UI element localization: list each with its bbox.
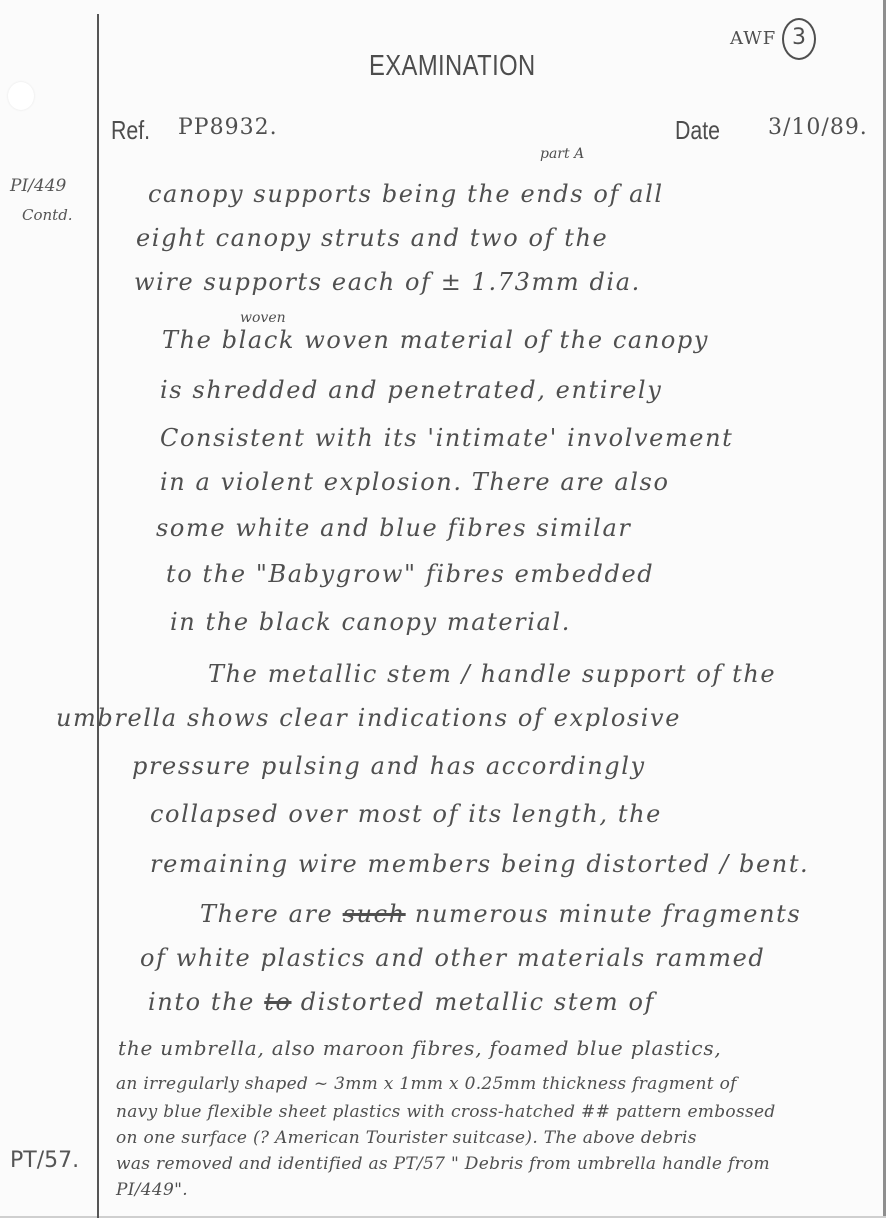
ref-label: Ref. — [111, 115, 150, 146]
body-line: some white and blue fibres similar — [156, 514, 631, 542]
body-line: is shredded and penetrated, entirely — [160, 376, 662, 404]
body-line: The metallic stem / handle support of th… — [208, 660, 776, 688]
body-line: wire supports each of ± 1.73mm dia. — [134, 268, 641, 296]
date-label: Date — [675, 115, 720, 146]
body-line: an irregularly shaped ~ 3mm x 1mm x 0.25… — [116, 1074, 737, 1094]
body-line: the umbrella, also maroon fibres, foamed… — [118, 1036, 722, 1060]
body-line: Consistent with its 'intimate' involveme… — [160, 424, 733, 452]
body-line: to the "Babygrow" fibres embedded — [166, 560, 654, 588]
body-line: collapsed over most of its length, the — [150, 800, 662, 828]
body-line: in the black canopy material. — [170, 608, 571, 636]
body-line: was removed and identified as PT/57 " De… — [116, 1154, 770, 1174]
body-line: umbrella shows clear indications of expl… — [56, 704, 681, 732]
body-line: in a violent explosion. There are also — [160, 468, 670, 496]
struck-out-word: such — [343, 900, 406, 928]
examination-sheet: EXAMINATION Ref. Date PP8932. 3/10/89. A… — [0, 0, 886, 1218]
ref-value: PP8932. — [178, 115, 278, 140]
body-line: The black woven material of the canopy — [162, 326, 709, 354]
body-line: eight canopy struts and two of the — [136, 224, 608, 252]
date-value: 3/10/89. — [768, 115, 868, 140]
body-line: canopy supports being the ends of all — [148, 180, 664, 208]
examiner-initials: AWF — [730, 28, 776, 49]
body-line: on one surface (? American Tourister sui… — [116, 1128, 697, 1148]
margin-item-status: Contd. — [22, 206, 73, 224]
punch-hole-icon — [8, 82, 34, 110]
struck-out-word: to — [264, 988, 291, 1016]
margin-rule — [97, 14, 99, 1218]
body-line: of white plastics and other materials ra… — [140, 944, 765, 972]
insertion-part-a: part A — [540, 146, 584, 162]
page-title: EXAMINATION — [369, 50, 536, 83]
margin-item-ref: PI/449 — [10, 176, 66, 196]
body-line: There are such numerous minute fragments — [200, 900, 801, 928]
insertion-woven: woven — [240, 310, 286, 326]
page-number-circled: 3 — [782, 18, 816, 60]
body-line: PI/449". — [116, 1180, 188, 1200]
body-line: pressure pulsing and has accordingly — [132, 752, 646, 780]
body-line: navy blue flexible sheet plastics with c… — [116, 1102, 776, 1122]
body-line: into the to distorted metallic stem of — [148, 988, 655, 1016]
margin-production-ref: PT/57. — [10, 1148, 79, 1173]
body-line: remaining wire members being distorted /… — [150, 850, 809, 878]
